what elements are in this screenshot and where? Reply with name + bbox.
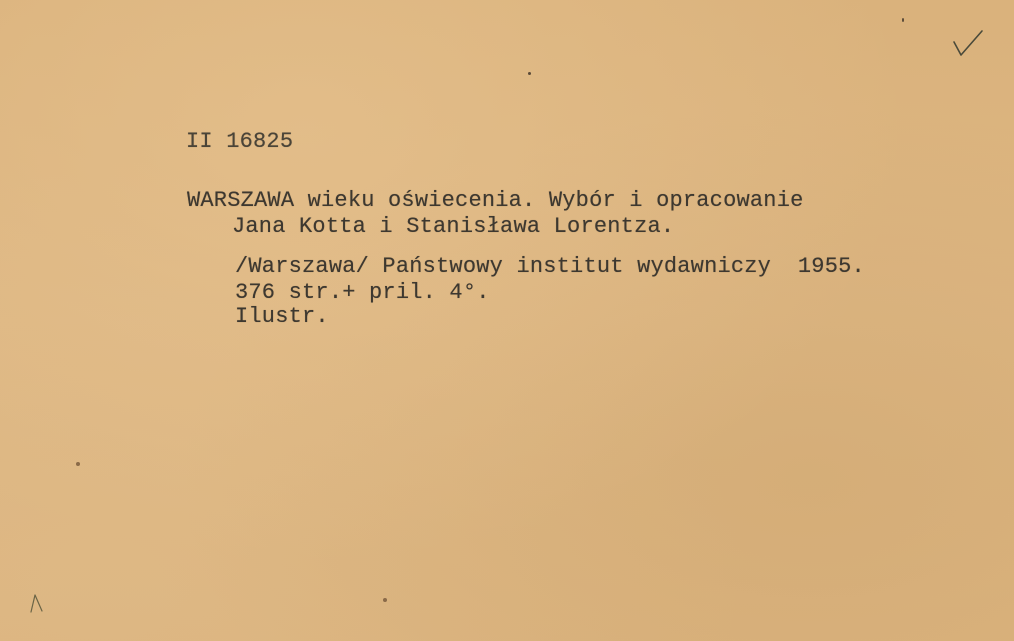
check-mark-icon <box>952 28 984 58</box>
title-line-1: WARSZAWA wieku oświecenia. Wybór i oprac… <box>187 190 804 212</box>
ink-speck <box>383 598 387 602</box>
ink-speck <box>528 72 531 75</box>
extent-line: 376 str.+ pril. 4°. <box>235 282 490 304</box>
illustrations-line: Ilustr. <box>235 306 329 328</box>
title-line-2: Jana Kotta i Stanisława Lorentza. <box>232 216 674 238</box>
ink-speck <box>76 462 80 466</box>
ink-speck <box>902 18 904 22</box>
imprint-line: /Warszawa/ Państwowy institut wydawniczy… <box>235 256 865 278</box>
call-number: II 16825 <box>186 131 293 153</box>
catalog-card: II 16825 WARSZAWA wieku oświecenia. Wybó… <box>0 0 1014 641</box>
pencil-mark-icon <box>28 592 46 614</box>
